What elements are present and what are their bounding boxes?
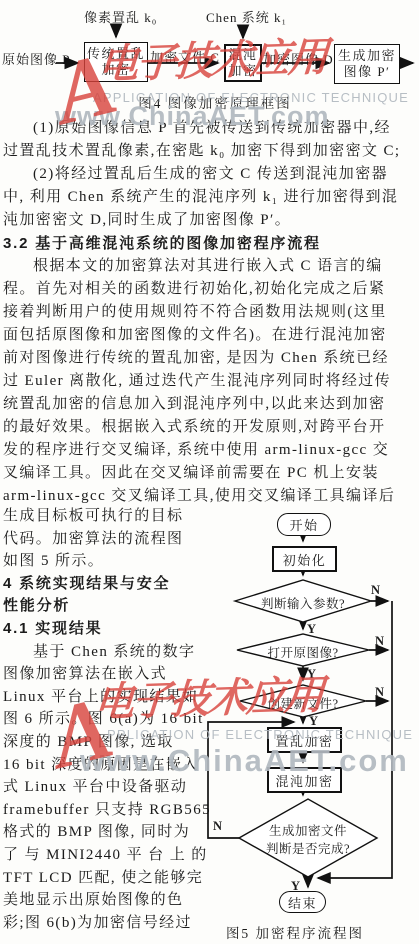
text-line: 格式的 BMP 图像, 同时为 — [3, 821, 235, 844]
flow-node-complete-line1: 生成加密文件 — [246, 821, 370, 839]
text-line: 沌加密密文 D,同时生成了加密图像 P′。 — [3, 209, 417, 232]
fig4-box3-line1: 生成加密 — [338, 48, 396, 64]
text-line: 如图 5 所示。 — [3, 550, 235, 573]
text-line: framebuffer 只支持 RGB565 — [3, 799, 235, 822]
text-line: 彩;图 6(b)为加密信号经过 — [3, 912, 235, 935]
aet-logo-characters: 电子技术应用 — [93, 675, 324, 723]
aet-logo-watermark-top: A 电子技术应用 — [54, 29, 328, 134]
aet-logo-characters: 电子技术应用 — [97, 37, 328, 85]
text-line: 4 系统实现结果与安全 — [3, 573, 235, 596]
text-line: 性能分析 — [3, 595, 235, 618]
text-line: 过置乱技术置乱像素,在密匙 k₀ 加密下得到加密密文 C; — [3, 140, 417, 163]
text-line: 根据本文的加密算法对其进行嵌入式 C 语言的编 — [3, 255, 417, 278]
label-no-4: N — [213, 819, 222, 834]
text-line: 前对图像进行传统的置乱加密, 是因为 Chen 系统已经 — [3, 347, 417, 370]
fig4-key0-label: 像素置乱 k₀ — [84, 7, 157, 26]
flow-node-end: 结束 — [279, 891, 326, 913]
flow-node-start: 开始 — [277, 513, 331, 536]
text-line: 了 与 MINI2440 平 台 上 的 — [3, 844, 235, 867]
fig4-box-output: 生成加密 图像 P′ — [334, 44, 400, 84]
text-line: 美地显示出原始图像的色 — [3, 889, 235, 912]
text-line: 3.2 基于高维混沌系统的图像加密程序流程 — [3, 232, 417, 255]
flow-node-init: 初始化 — [272, 546, 337, 572]
text-line: 叉编译工具。因此在交叉编译前需要在 PC 机上安装 — [3, 462, 417, 485]
label-no-2: N — [375, 634, 384, 649]
text-line: 中, 利用 Chen 系统产生的混沌序列 k₁ 进行加密得到混 — [3, 186, 417, 209]
label-no-1: N — [371, 583, 380, 598]
fig4-box3-line2: 图像 P′ — [344, 64, 391, 80]
paper-page: 像素置乱 k₀ Chen 系统 k₁ 原始图像 P 加密文件 C 加密图像 D … — [0, 0, 419, 944]
text-line: 式 Linux 平台中设备驱动 — [3, 776, 235, 799]
label-no-3: N — [375, 685, 384, 700]
flow-node-open-image: 打开原图像? — [241, 643, 365, 661]
flow-node-check-input: 判断输入参数? — [241, 594, 365, 612]
label-yes-1: Y — [307, 622, 316, 637]
text-line: 接着判断用户的使用规则符不符合函数用法规则(这里 — [3, 301, 417, 324]
aet-logo-watermark-mid: A 电子技术应用 — [50, 667, 324, 778]
text-line: 过 Euler 离散化, 通过迭代产生混沌序列同时将经过传 — [3, 370, 417, 393]
fig4-key1-label: Chen 系统 k₁ — [206, 7, 287, 26]
text-line: (2)将经过置乱后生成的密文 C 传送到混沌加密器 — [3, 163, 417, 186]
text-line: 代码。加密算法的流程图 — [3, 528, 235, 551]
text-line: 基于 Chen 系统的数字 — [3, 641, 235, 664]
label-yes-4: Y — [291, 879, 300, 894]
text-line: 生成目标板可执行的目标 — [3, 505, 235, 528]
text-line: 的最好效果。根据嵌入式系统的开发原则,对跨平台开 — [3, 416, 417, 439]
figure5-caption: 图5 加密程序流程图 — [225, 922, 365, 942]
main-paragraphs: (1)原始图像信息 P 首先被传送到传统加密器中,经过置乱技术置乱像素,在密匙 … — [3, 117, 417, 508]
text-line: 面包括原图像和加密图像的文件名)。在进行混沌加密 — [3, 324, 417, 347]
text-line: 统置乱加密的信息加入到混沌序列中,以此来达到加密 — [3, 393, 417, 416]
text-line: 程。首先对相关的函数进行初始化,初始化完成之后紧 — [3, 278, 417, 301]
text-line: 发的程序进行交叉编译, 系统中使用 arm-linux-gcc 交 — [3, 439, 417, 462]
flow-node-complete-line2: 判断是否完成? — [246, 839, 370, 857]
text-line: TFT LCD 匹配, 使之能够完 — [3, 867, 235, 890]
text-line: 4.1 实现结果 — [3, 618, 235, 641]
